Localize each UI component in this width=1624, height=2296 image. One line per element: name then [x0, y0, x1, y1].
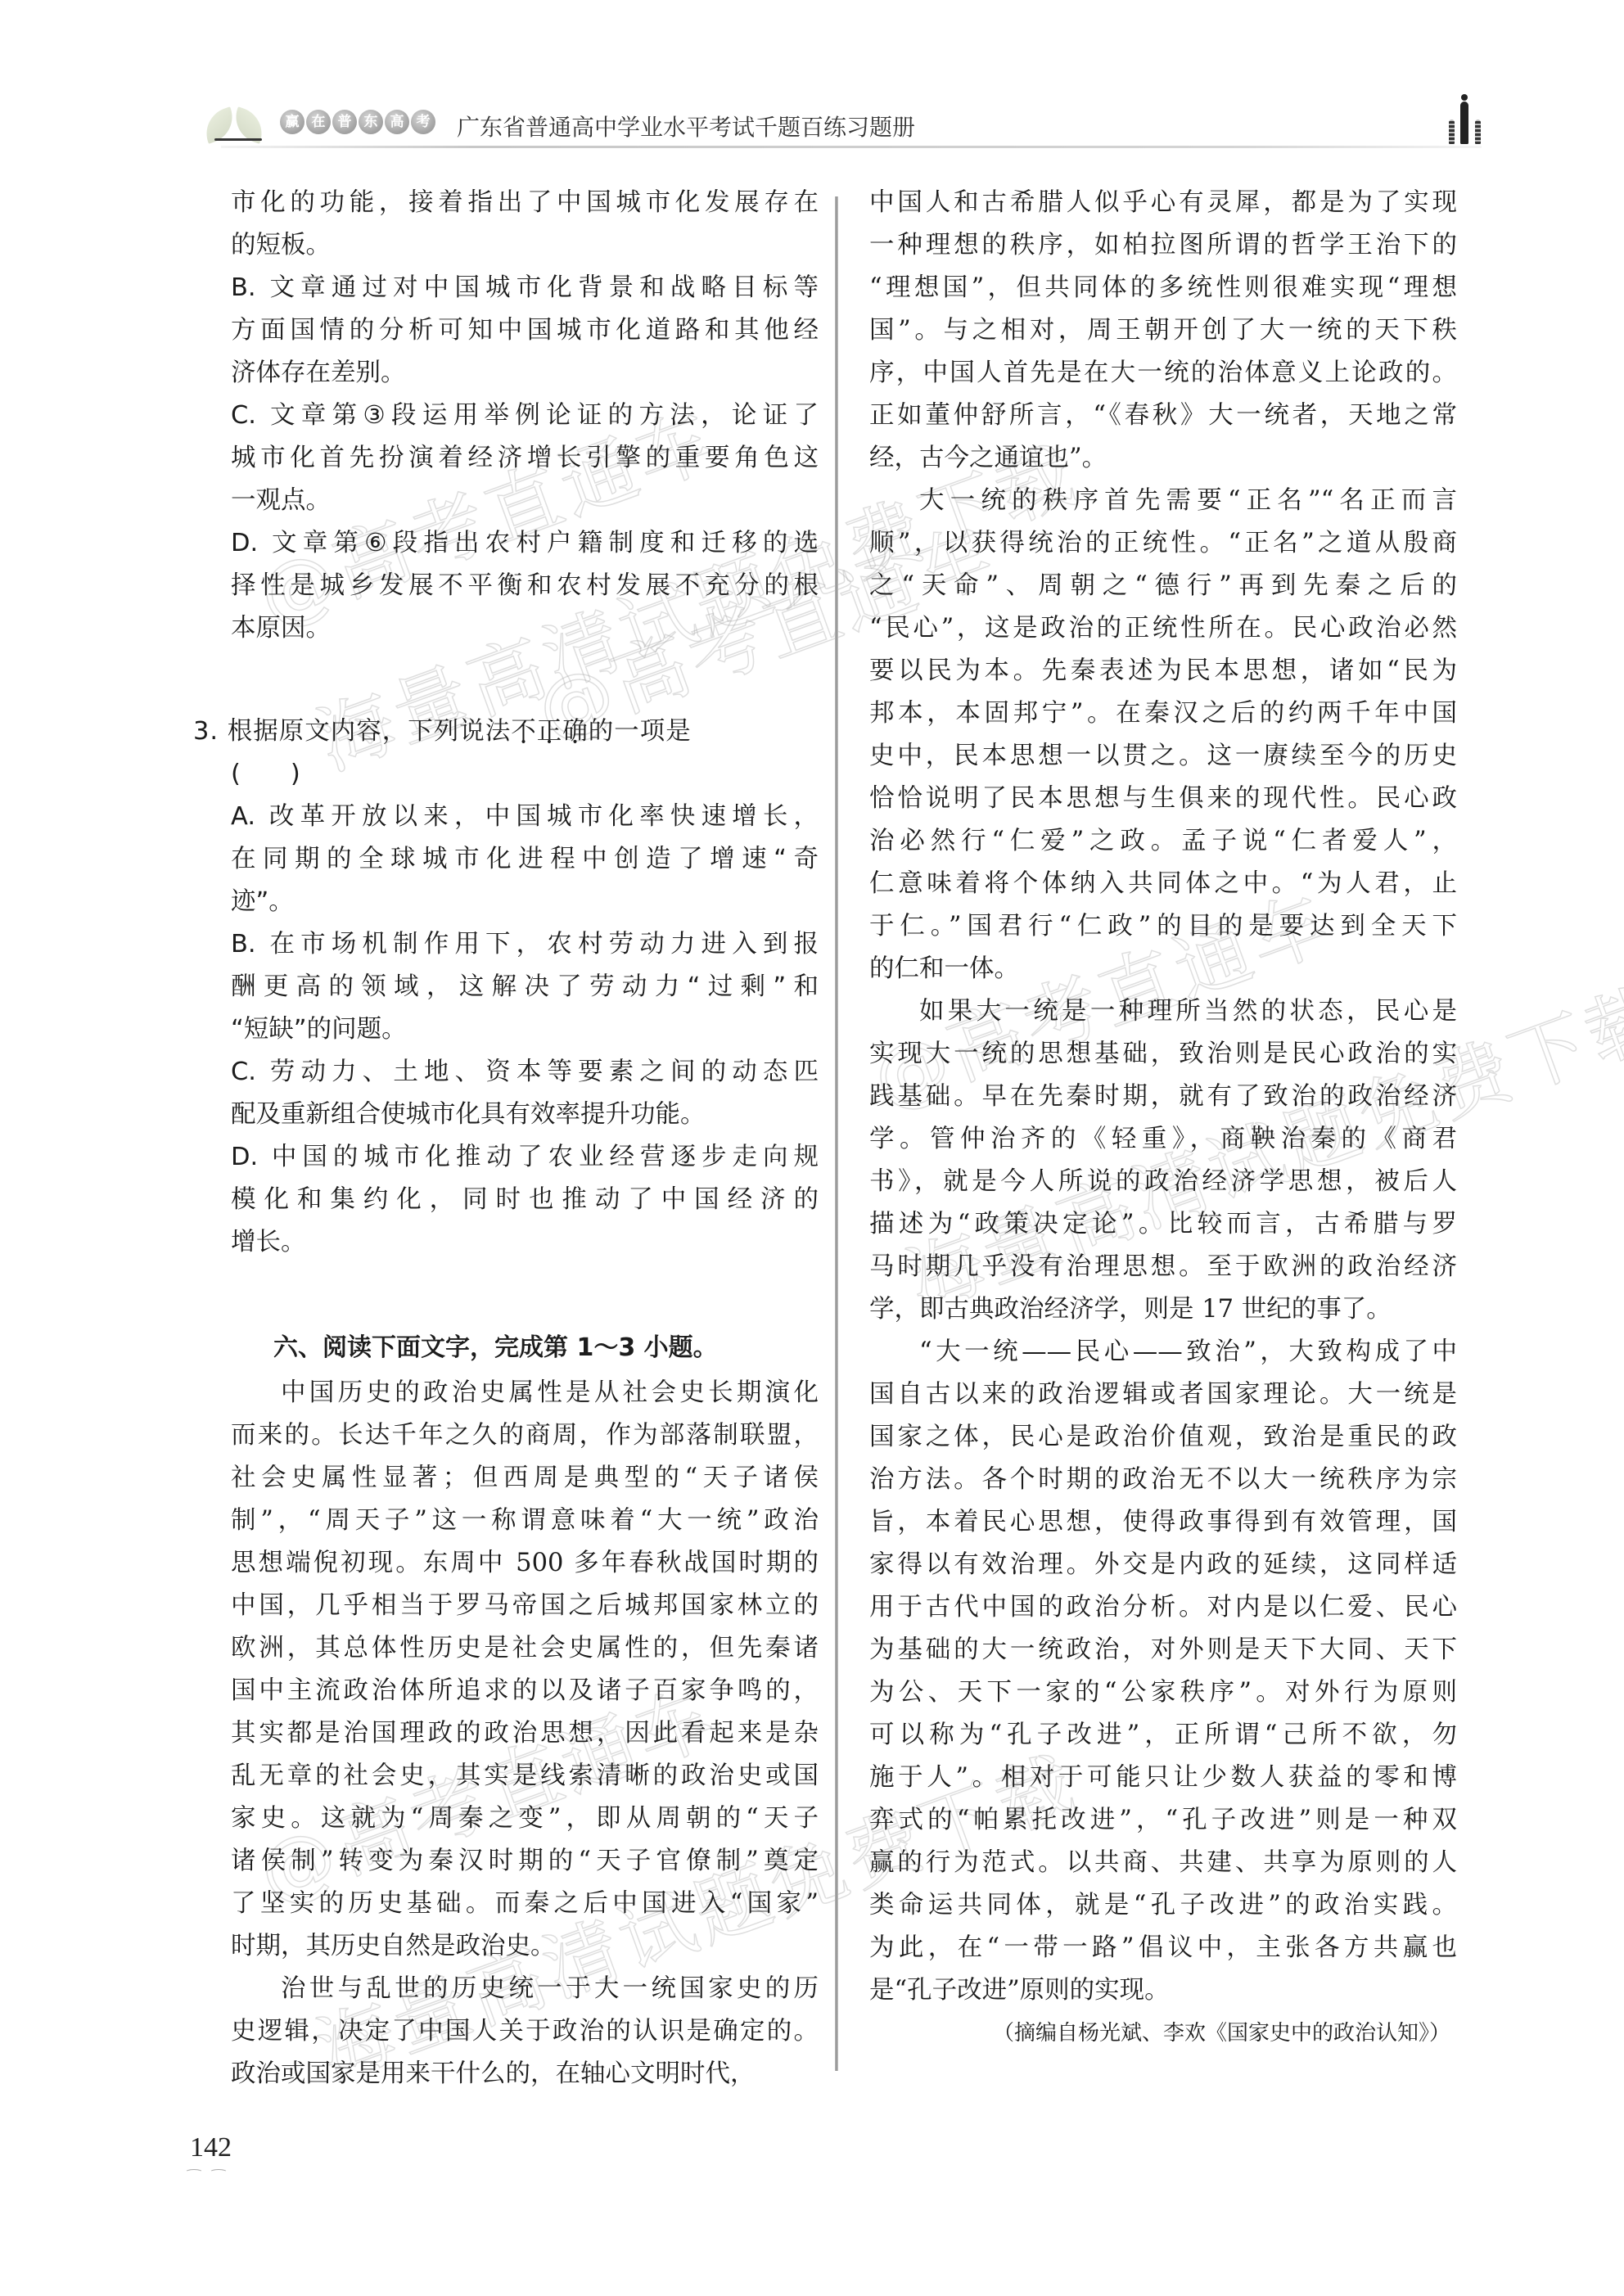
text-line: 书》，就是今人所说的政治经济学思想，被后人	[869, 1161, 1457, 1203]
text-line: 治世与乱世的历史统一于大一统国家史的历	[231, 1968, 819, 2010]
text-line: 家得以有效治理。外交是内政的延续，这同样适	[869, 1544, 1457, 1586]
option-c: C. 文章第③段运用举例论证的方法，论证了 城市化首先扮演着经济增长引擎的重要角…	[231, 395, 819, 522]
text-line: 为基础的大一统政治，对外则是天下大同、天下	[869, 1629, 1457, 1671]
text-line: 治必然行“仁爱”之政。孟子说“仁者爱人”，	[869, 820, 1457, 863]
text-line: 中国，几乎相当于罗马帝国之后城邦国家林立的	[231, 1585, 819, 1627]
text-line: 可以称为“孔子改进”，正所谓“己所不欲，勿	[869, 1714, 1457, 1757]
q3-option-c: C. 劳动力、土地、资本等要素之间的动态匹 配及重新组合使城市化具有效率提升功能…	[231, 1051, 819, 1136]
text-line: 社会史属性显著；但西周是典型的“天子诸侯	[231, 1457, 819, 1500]
option-a-tail: 市化的功能，接着指出了中国城市化发展存在 的短板。	[231, 182, 819, 267]
text-line: 用于古代中国的政治分析。对内是以仁爱、民心	[869, 1586, 1457, 1629]
q3-option-d: D. 中国的城市化推动了农业经营逐步走向规 模化和集约化，同时也推动了中国经济的…	[231, 1136, 819, 1264]
passage-paragraph-2-continued: 中国人和古希腊人似乎心有灵犀，都是为了实现一种理想的秩序，如柏拉图所谓的哲学王治…	[869, 182, 1457, 480]
option-b: B. 文章通过对中国城市化背景和战略目标等 方面国情的分析可知中国城市化道路和其…	[231, 267, 819, 395]
text-line: 而来的。长达千年之久的商周，作为部落制联盟，	[231, 1414, 819, 1457]
text-line: 国”。与之相对，周王朝开创了大一统的天下秩	[869, 309, 1457, 352]
text-line: 类命运共同体，就是“孔子改进”的政治实践。	[869, 1884, 1457, 1927]
right-column: 中国人和古希腊人似乎心有灵犀，都是为了实现一种理想的秩序，如柏拉图所谓的哲学王治…	[869, 182, 1457, 2055]
text-line: 赢的行为范式。以共商、共建、共享为原则的人	[869, 1842, 1457, 1884]
text-line: 的仁和一体。	[869, 948, 1457, 990]
text-line: 家史。这就为“周秦之变”，即从周朝的“天子	[231, 1798, 819, 1840]
text-line: 序，中国人首先是在大一统的治体意义上论政的。	[869, 352, 1457, 395]
text-line: 史逻辑，决定了中国人关于政治的认识是确定的。	[231, 2010, 819, 2053]
text-line: 邦本，本固邦宁”。在秦汉之后的约两千年中国	[869, 692, 1457, 735]
q3-option-a: A. 改革开放以来，中国城市化率快速增长， 在同期的全球城市化进程中创造了增速“…	[231, 796, 819, 923]
text-line: 马时期几乎没有治理思想。至于欧洲的政治经济	[869, 1246, 1457, 1288]
runners-icon	[1441, 97, 1490, 147]
page-header: 赢 在 普 东 高 考 广东省普通高中学业水平考试千题百练习题册	[196, 97, 1490, 154]
text-line: 经，古今之通谊也”。	[869, 437, 1457, 480]
text-line: 大一统的秩序首先需要“正名”“名正而言	[869, 480, 1457, 522]
passage-paragraph-5: “大一统——民心——致治”，大致构成了中国自古以来的政治逻辑或者国家理论。大一统…	[869, 1331, 1457, 2012]
text-line: “大一统——民心——致治”，大致构成了中	[869, 1331, 1457, 1374]
text-line: 乱无章的社会史，其实是线索清晰的政治史或国	[231, 1755, 819, 1798]
text-line: 其实都是治国理政的政治思想，因此看起来是杂	[231, 1712, 819, 1755]
question-3-stem: 3. 根据原文内容，下列说法不正确的一项是	[193, 710, 819, 753]
text-line: “民心”，这是政治的正统性所在。民心政治必然	[869, 607, 1457, 650]
text-line: 治方法。各个时期的政治无不以大一统秩序为宗	[869, 1459, 1457, 1501]
text-line: 践基础。早在先秦时期，就有了致治的政治经济	[869, 1076, 1457, 1118]
header-divider	[221, 146, 1482, 148]
passage-paragraph-3: 大一统的秩序首先需要“正名”“名正而言顺”，以获得统治的正统性。“正名”之道从殷…	[869, 480, 1457, 990]
column-divider	[835, 196, 838, 2071]
text-line: 了坚实的历史基础。而秦之后中国进入“国家”	[231, 1883, 819, 1925]
text-line: 为公、天下一家的“公家秩序”。对外行为原则	[869, 1671, 1457, 1714]
text-line: 顺”，以获得统治的正统性。“正名”之道从殷商	[869, 522, 1457, 565]
text-line: 如果大一统是一种理所当然的状态，民心是	[869, 990, 1457, 1033]
text-line: 中国历史的政治史属性是从社会史长期演化	[231, 1372, 819, 1414]
option-d: D. 文章第⑥段指出农村户籍制度和迁移的选 择性是城乡发展不平衡和农村发展不充分…	[231, 522, 819, 650]
passage-paragraph-1: 中国历史的政治史属性是从社会史长期演化而来的。长达千年之久的商周，作为部落制联盟…	[231, 1372, 819, 1968]
text-line: 为此，在“一带一路”倡议中，主张各方共赢也	[869, 1927, 1457, 1969]
left-column: 市化的功能，接着指出了中国城市化发展存在 的短板。 B. 文章通过对中国城市化背…	[231, 182, 819, 2095]
passage-paragraph-4: 如果大一统是一种理所当然的状态，民心是实现大一统的思想基础，致治则是民心政治的实…	[869, 990, 1457, 1331]
text-line: 旨，本着民心思想，使得政事得到有效管理，国	[869, 1501, 1457, 1544]
page-number: 142	[190, 2132, 232, 2163]
text-line: 学，即古典政治经济学，则是 17 世纪的事了。	[869, 1288, 1457, 1331]
page-ornament-icon	[185, 2167, 242, 2177]
text-line: “理想国”，但共同体的多统性则很难实现“理想	[869, 267, 1457, 309]
text-line: 实现大一统的思想基础，致治则是民心政治的实	[869, 1033, 1457, 1076]
q3-option-b: B. 在市场机制作用下，农村劳动力进入到报 酬更高的领域，这解决了劳动力“过剩”…	[231, 923, 819, 1051]
text-line: 史中，民本思想一以贯之。这一赓续至今的历史	[869, 735, 1457, 778]
text-line: 之“天命”、周朝之“德行”再到先秦之后的	[869, 565, 1457, 607]
text-line: 时期，其历史自然是政治史。	[231, 1925, 819, 1968]
text-line: 于仁。”国君行“仁政”的目的是要达到全天下	[869, 905, 1457, 948]
text-line: 中国人和古希腊人似乎心有灵犀，都是为了实现	[869, 182, 1457, 224]
text-line: 国家之体，民心是政治价值观，致治是重民的政	[869, 1416, 1457, 1459]
text-line: 一种理想的秩序，如柏拉图所谓的哲学王治下的	[869, 224, 1457, 267]
passage-paragraph-2: 治世与乱世的历史统一于大一统国家史的历史逻辑，决定了中国人关于政治的认识是确定的…	[231, 1968, 819, 2095]
text-line: 要以民为本。先秦表述为民本思想，诸如“民为	[869, 650, 1457, 692]
text-line: 施于人”。相对于可能只让少数人获益的零和博	[869, 1757, 1457, 1799]
text-line: 欧洲，其总体性历史是社会史属性的，但先秦诸	[231, 1627, 819, 1670]
text-line: 学。管仲治齐的《轻重》，商鞅治秦的《商君	[869, 1118, 1457, 1161]
text-line: 诸侯制”转变为秦汉时期的“天子官僚制”奠定	[231, 1840, 819, 1883]
text-line: 国自古以来的政治逻辑或者国家理论。大一统是	[869, 1374, 1457, 1416]
text-line: 描述为“政策决定论”。比较而言，古希腊与罗	[869, 1203, 1457, 1246]
section-title: 六、阅读下面文字，完成第 1～3 小题。	[231, 1324, 819, 1372]
source-citation: （摘编自杨光斌、李欢《国家史中的政治认知》）	[869, 2012, 1457, 2055]
text-line: 仁意味着将个体纳入共同体之中。“为人君，止	[869, 863, 1457, 905]
text-line: 政治或国家是用来干什么的，在轴心文明时代，	[231, 2053, 819, 2095]
text-line: 国中主流政治体所追求的以及诸子百家争鸣的，	[231, 1670, 819, 1712]
text-line: 是“孔子改进”原则的实现。	[869, 1969, 1457, 2012]
text-line: 弈式的“帕累托改进”，“孔子改进”则是一种双	[869, 1799, 1457, 1842]
answer-bracket: ( )	[193, 753, 819, 796]
series-badge: 赢 在 普 东 高 考	[280, 110, 435, 134]
book-leaf-logo-icon	[196, 105, 278, 146]
question-3: 3. 根据原文内容，下列说法不正确的一项是 ( ) A. 改革开放以来，中国城市…	[193, 710, 819, 1264]
book-title: 广东省普通高中学业水平考试千题百练习题册	[457, 110, 915, 142]
text-line: 思想端倪初现。东周中 500 多年春秋战国时期的	[231, 1542, 819, 1585]
text-line: 制”，“周天子”这一称谓意味着“大一统”政治	[231, 1500, 819, 1542]
text-line: 恰恰说明了民本思想与生俱来的现代性。民心政	[869, 778, 1457, 820]
text-line: 正如董仲舒所言，“《春秋》大一统者，天地之常	[869, 395, 1457, 437]
